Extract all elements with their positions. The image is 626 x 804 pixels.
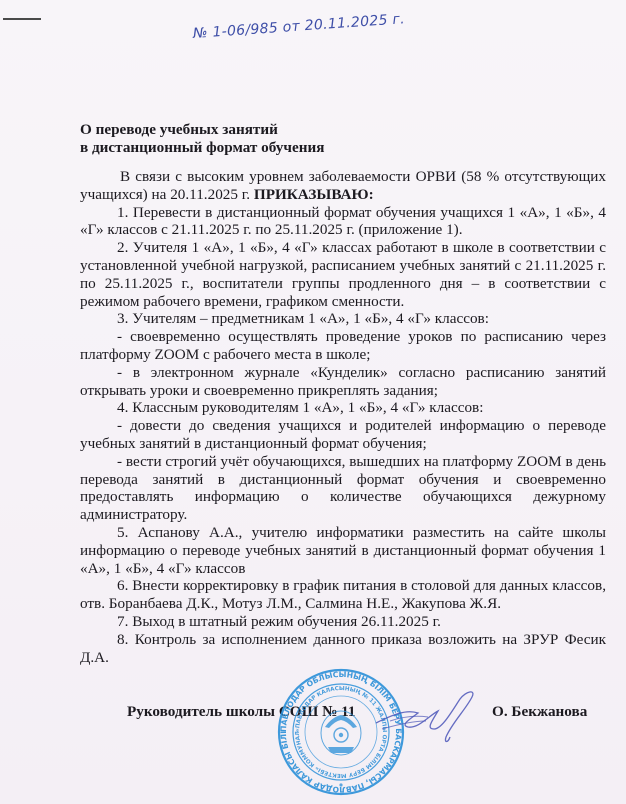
intro-paragraph: В связи с высоким уровнем заболеваемости…: [80, 168, 606, 204]
order-item-4b: - вести строгий учёт обучающихся, вышедш…: [80, 453, 606, 524]
order-body: В связи с высоким уровнем заболеваемости…: [80, 168, 606, 666]
document-title: О переводе учебных занятий в дистанционн…: [80, 121, 324, 157]
order-item-6: 6. Внести корректировку в график питания…: [80, 577, 606, 613]
order-item-2: 2. Учителя 1 «А», 1 «Б», 4 «Г» классах р…: [80, 239, 606, 310]
handwritten-signature-icon: [372, 685, 482, 745]
order-item-3a: - своевременно осуществлять проведение у…: [80, 328, 606, 364]
order-item-1: 1. Перевести в дистанционный формат обуч…: [80, 204, 606, 240]
registration-number-handwritten: № 1-06/985 от 20.11.2025 г.: [192, 11, 405, 42]
title-line-2: в дистанционный формат обучения: [80, 139, 324, 157]
order-item-5: 5. Аспанову А.А., учителю информатики ра…: [80, 524, 606, 577]
document-page: № 1-06/985 от 20.11.2025 г. О переводе у…: [0, 0, 626, 804]
order-item-4: 4. Классным руководителям 1 «А», 1 «Б», …: [80, 399, 606, 417]
order-item-4a: - довести до сведения учащихся и родител…: [80, 417, 606, 453]
order-item-7: 7. Выход в штатный режим обучения 26.11.…: [80, 613, 606, 631]
order-item-3: 3. Учителям – предметникам 1 «А», 1 «Б»,…: [80, 310, 606, 328]
order-command: ПРИКАЗЫВАЮ:: [254, 186, 374, 203]
signatory-name: О. Бекжанова: [492, 703, 587, 721]
order-item-3b: - в электронном журнале «Кунделик» согла…: [80, 364, 606, 400]
order-item-8: 8. Контроль за исполнением данного прика…: [80, 631, 606, 667]
corner-mark: [3, 18, 41, 20]
title-line-1: О переводе учебных занятий: [80, 121, 324, 139]
